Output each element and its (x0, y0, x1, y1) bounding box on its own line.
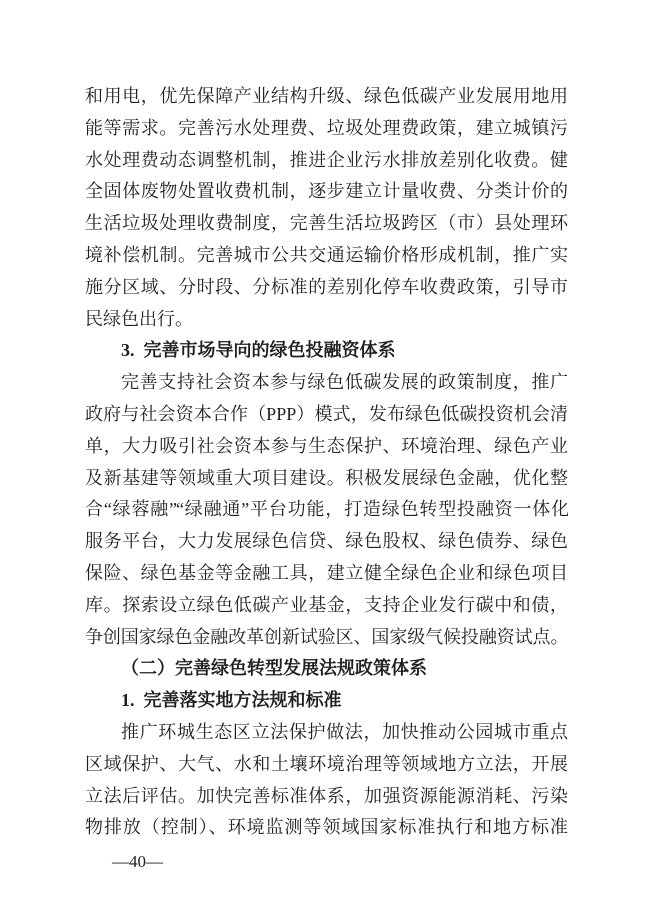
text-line: 民绿色出行。 (85, 304, 568, 336)
text-line: 单，大力吸引社会资本参与生态保护、环境治理、绿色产业 (85, 431, 568, 463)
document-page: 和用电，优先保障产业结构升级、绿色低碳产业发展用地用 能等需求。完善污水处理费、… (0, 0, 650, 919)
text-line: 及新基建等领域重大项目建设。积极发展绿色金融，优化整 (85, 463, 568, 495)
text-line: 能等需求。完善污水处理费、垃圾处理费政策，建立城镇污 (85, 113, 568, 145)
text-line: 完善支持社会资本参与绿色低碳发展的政策制度，推广 (85, 367, 568, 399)
text-line: 推广环城生态区立法保护做法，加快推动公园城市重点 (85, 717, 568, 749)
text-line: 政府与社会资本合作（PPP）模式，发布绿色低碳投资机会清 (85, 399, 568, 431)
text-line: 库。探索设立绿色低碳产业基金，支持企业发行碳中和债， (85, 590, 568, 622)
text-line: 物排放（控制）、环境监测等领域国家标准执行和地方标准 (85, 812, 568, 844)
text-line: 生活垃圾处理收费制度，完善生活垃圾跨区（市）县处理环 (85, 208, 568, 240)
text-line: 保险、绿色基金等金融工具，建立健全绿色企业和绿色项目 (85, 558, 568, 590)
text-line: 争创国家绿色金融改革创新试验区、国家级气候投融资试点。 (85, 622, 568, 654)
section-heading: 1. 完善落实地方法规和标准 (85, 685, 568, 717)
text-line: 施分区域、分时段、分标准的差别化停车收费政策，引导市 (85, 272, 568, 304)
text-line: 立法后评估。加快完善标准体系，加强资源能源消耗、污染 (85, 781, 568, 813)
text-line: 全固体废物处置收费机制，逐步建立计量收费、分类计价的 (85, 176, 568, 208)
text-line: 合“绿蓉融”“绿融通”平台功能，打造绿色转型投融资一体化 (85, 494, 568, 526)
text-line: 境补偿机制。完善城市公共交通运输价格形成机制，推广实 (85, 240, 568, 272)
text-line: 服务平台，大力发展绿色信贷、绿色股权、绿色债券、绿色 (85, 526, 568, 558)
section-heading: （二）完善绿色转型发展法规政策体系 (85, 653, 568, 685)
text-line: 和用电，优先保障产业结构升级、绿色低碳产业发展用地用 (85, 81, 568, 113)
text-line: 区域保护、大气、水和土壤环境治理等领域地方立法，开展 (85, 749, 568, 781)
document-body: 和用电，优先保障产业结构升级、绿色低碳产业发展用地用 能等需求。完善污水处理费、… (85, 81, 568, 844)
text-line: 水处理费动态调整机制，推进企业污水排放差别化收费。健 (85, 145, 568, 177)
section-heading: 3. 完善市场导向的绿色投融资体系 (85, 335, 568, 367)
page-number: —40— (112, 851, 163, 873)
